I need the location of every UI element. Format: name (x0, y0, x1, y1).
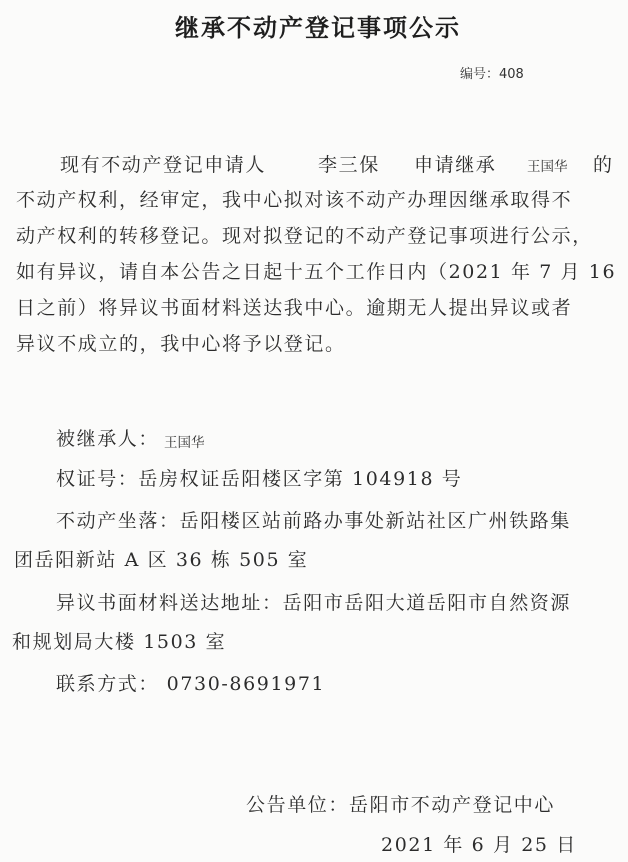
decedent-value: 王国华 (164, 431, 205, 451)
decedent-name-inline: 王国华 (527, 155, 568, 175)
property-location-line-2: 团岳阳新站 A 区 36 栋 505 室 (14, 545, 308, 572)
body-line-1-prefix: 现有不动产登记申请人 (60, 150, 266, 177)
notice-title: 继承不动产登记事项公示 (0, 8, 628, 43)
document-number: 编号：408 (460, 63, 524, 82)
objection-address-line-1: 异议书面材料送达地址：岳阳市岳阳大道岳阳市自然资源 (56, 588, 571, 615)
decedent-label: 被继承人： (56, 424, 159, 451)
property-location-line-1: 不动产坐落：岳阳楼区站前路办事处新站社区广州铁路集 (56, 506, 571, 533)
body-line-5: 日之前）将异议书面材料送达我中心。逾期无人提出异议或者 (16, 293, 572, 320)
issue-date: 2021 年 6 月 25 日 (381, 830, 577, 857)
certificate-number: 权证号：岳房权证岳阳楼区字第 104918 号 (56, 464, 462, 491)
body-line-1-mid: 申请继承 (414, 150, 496, 177)
body-line-2: 不动产权利，经审定，我中心拟对该不动产办理因继承取得不 (16, 185, 572, 212)
objection-address-line-2: 和规划局大楼 1503 室 (12, 627, 226, 654)
issuer: 公告单位：岳阳市不动产登记中心 (246, 790, 555, 817)
body-line-4: 如有异议，请自本公告之日起十五个工作日内（2021 年 7 月 16 (16, 257, 616, 284)
body-line-1-suffix: 的 (593, 150, 614, 177)
applicant-name: 李三保 (318, 150, 380, 177)
body-line-6: 异议不成立的，我中心将予以登记。 (16, 329, 346, 356)
body-line-3: 动产权利的转移登记。现对拟登记的不动产登记事项进行公示， (16, 221, 593, 248)
contact-info: 联系方式： 0730-8691971 (56, 669, 325, 696)
